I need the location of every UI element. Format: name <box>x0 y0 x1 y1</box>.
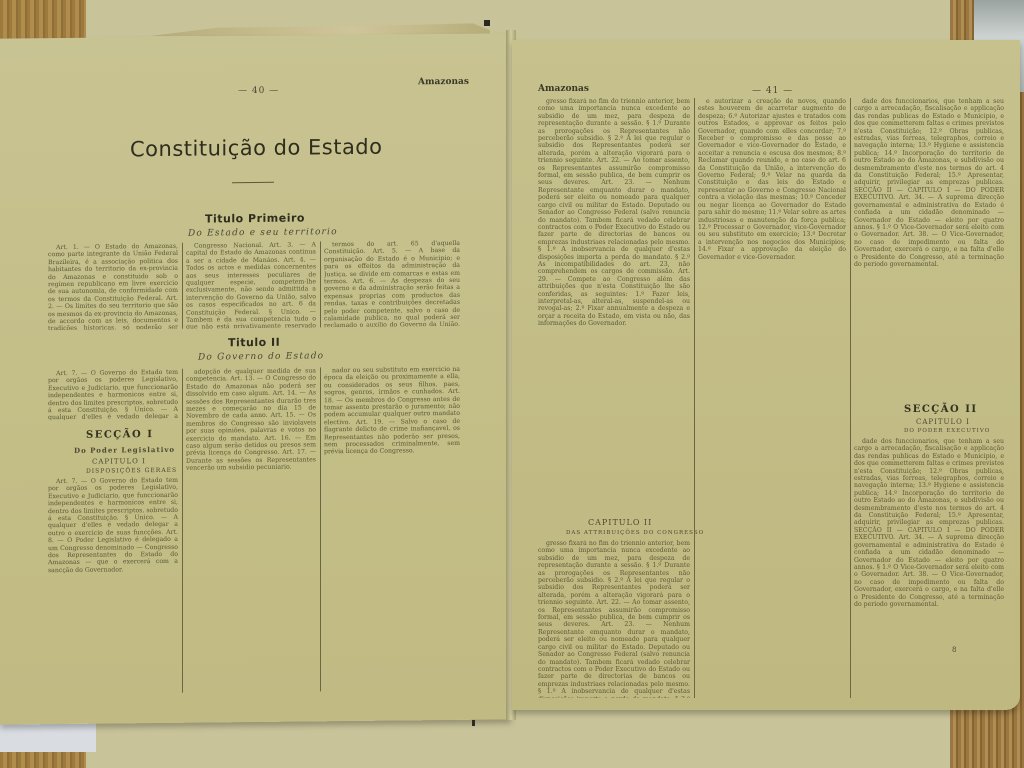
column-divider <box>320 241 321 327</box>
text-column-r1: gresso fixará no fim do triennio anterio… <box>538 98 690 484</box>
right-page: Amazonas — 41 — gresso fixará no fim do … <box>512 40 1020 710</box>
text-column-3: termos do art. 65 d'aquella Constituição… <box>324 240 460 327</box>
main-title: Constituição do Estado <box>130 135 383 162</box>
column-divider <box>850 98 851 698</box>
titulo-ii-heading: Titulo II <box>228 336 280 350</box>
capitulo-i-right-heading: CAPITULO I <box>916 418 970 426</box>
text-column-6: nador ou seu substituto em exercicio na … <box>324 366 460 691</box>
column-divider <box>694 98 695 698</box>
left-page: — 40 — Amazonas Constituição do Estado T… <box>0 33 511 724</box>
column-divider <box>182 243 183 329</box>
titulo-primeiro-subheading: Do Estado e seu territorio <box>188 227 338 239</box>
column-divider <box>320 367 321 691</box>
text-column-1: Art. 1. — O Estado do Amazonas, como par… <box>48 243 178 330</box>
ink-mark <box>472 720 475 726</box>
title-rule <box>232 182 274 183</box>
poder-executivo-heading: DO PODER EXECUTIVO <box>904 428 990 434</box>
attribuicoes-heading: DAS ATTRIBUIÇÕES DO CONGRESSO <box>566 530 704 536</box>
column-divider <box>182 369 183 693</box>
text-column-4b: Art. 7. — O Governo do Estado tem por or… <box>48 477 178 694</box>
text-column-r1b: gresso fixará no fim do triennio anterio… <box>538 540 690 698</box>
signature-mark: 8 <box>952 646 957 654</box>
text-column-r3: dade dos funccionarios, que tenham a seu… <box>854 98 1004 394</box>
text-column-4: Art. 7. — O Governo do Estado tem por or… <box>48 369 178 420</box>
page-number-left: — 40 — <box>238 86 279 96</box>
page-number-right: — 41 — <box>752 86 793 96</box>
secao-i-heading: SECÇÃO I <box>86 429 153 441</box>
titulo-primeiro-heading: Titulo Primeiro <box>205 211 305 225</box>
disposicoes-geraes-heading: DISPOSIÇÕES GERAES <box>86 467 177 475</box>
text-column-r3b: dade dos funccionarios, que tenham a seu… <box>854 438 1004 648</box>
text-column-5: adopção de qualquer medida de sua compet… <box>186 367 316 692</box>
text-column-2: Congresso Nacional. Art. 3. — A capital … <box>186 241 316 328</box>
capitulo-ii-heading: CAPITULO II <box>588 518 652 527</box>
binding-clip <box>484 20 490 26</box>
poder-legislativo-heading: Do Poder Legislativo <box>74 445 175 455</box>
text-column-r2: e autorizar a creação de novos, quando e… <box>698 98 846 698</box>
capitulo-i-heading: CAPITULO I <box>92 457 146 466</box>
running-head-right: Amazonas <box>538 84 589 94</box>
titulo-ii-subheading: Do Governo do Estado <box>198 351 324 362</box>
secao-ii-heading: SECÇÃO II <box>904 404 978 415</box>
running-head-left: Amazonas <box>418 77 469 88</box>
